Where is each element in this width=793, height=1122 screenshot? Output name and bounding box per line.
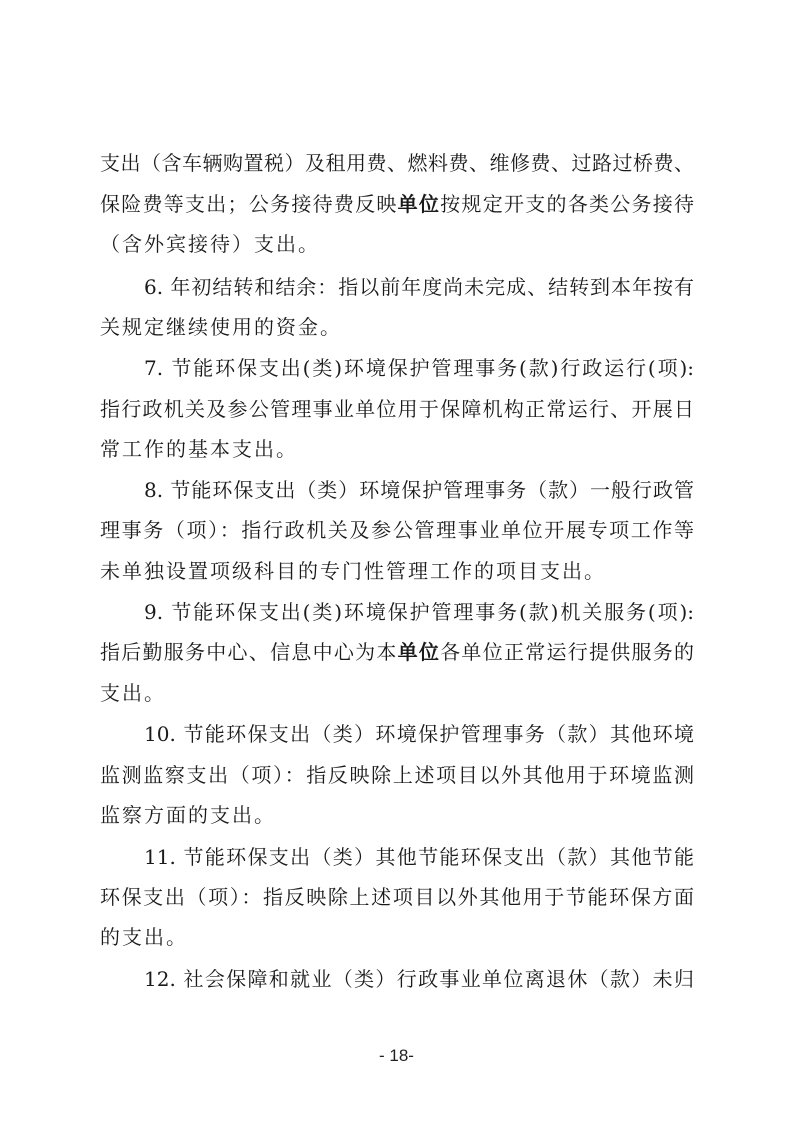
page-number: - 18- — [0, 1046, 793, 1066]
text-line-2: 保险费等支出；公务接待费反映单位按规定开支的各类公务接待 — [100, 189, 694, 219]
highlighted-term: 单位 — [398, 192, 441, 216]
text-line-5: 关规定继续使用的资金。 — [100, 312, 694, 342]
text-line-16: 监测监察支出（项）：指反映除上述项目以外其他用于环境监测 — [100, 760, 694, 790]
text-segment: 各单位正常运行提供服务的 — [440, 640, 694, 664]
document-page: 支出（含车辆购置税）及租用费、燃料费、维修费、过路过桥费、 保险费等支出；公务接… — [0, 0, 793, 1122]
text-line-10: 理事务（项）：指行政机关及参公管理事业单位开展专项工作等 — [100, 515, 694, 545]
item-8-heading: 8. 节能环保支出（类）环境保护管理事务（款）一般行政管 — [144, 475, 694, 505]
text-segment: 保险费等支出；公务接待费反映 — [100, 192, 398, 216]
text-line-13: 指后勤服务中心、信息中心为本单位各单位正常运行提供服务的 — [100, 637, 694, 667]
item-11-heading: 11. 节能环保支出（类）其他节能环保支出（款）其他节能 — [144, 842, 694, 872]
text-line-3: （含外宾接待）支出。 — [100, 229, 694, 259]
item-6-heading: 6. 年初结转和结余：指以前年度尚未完成、结转到本年按有 — [144, 272, 694, 302]
item-7-heading: 7. 节能环保支出(类)环境保护管理事务(款)行政运行(项): — [144, 353, 694, 383]
text-line-11: 未单独设置项级科目的专门性管理工作的项目支出。 — [100, 556, 694, 586]
item-10-heading: 10. 节能环保支出（类）环境保护管理事务（款）其他环境 — [144, 719, 694, 749]
text-line-14: 支出。 — [100, 678, 694, 708]
text-segment: 指后勤服务中心、信息中心为本 — [100, 640, 398, 664]
text-line-19: 环保支出（项）：指反映除上述项目以外其他用于节能环保方面 — [100, 882, 694, 912]
text-segment: 按规定开支的各类公务接待 — [440, 192, 694, 216]
text-line-8: 常工作的基本支出。 — [100, 434, 694, 464]
item-12-heading: 12. 社会保障和就业（类）行政事业单位离退休（款）未归 — [144, 964, 694, 994]
text-line-7: 指行政机关及参公管理事业单位用于保障机构正常运行、开展日 — [100, 394, 694, 424]
highlighted-term: 单位 — [398, 640, 441, 664]
text-line-17: 监察方面的支出。 — [100, 800, 694, 830]
text-line-20: 的支出。 — [100, 922, 694, 952]
item-9-heading: 9. 节能环保支出(类)环境保护管理事务(款)机关服务(项): — [144, 597, 694, 627]
text-line-1: 支出（含车辆购置税）及租用费、燃料费、维修费、过路过桥费、 — [100, 148, 694, 178]
